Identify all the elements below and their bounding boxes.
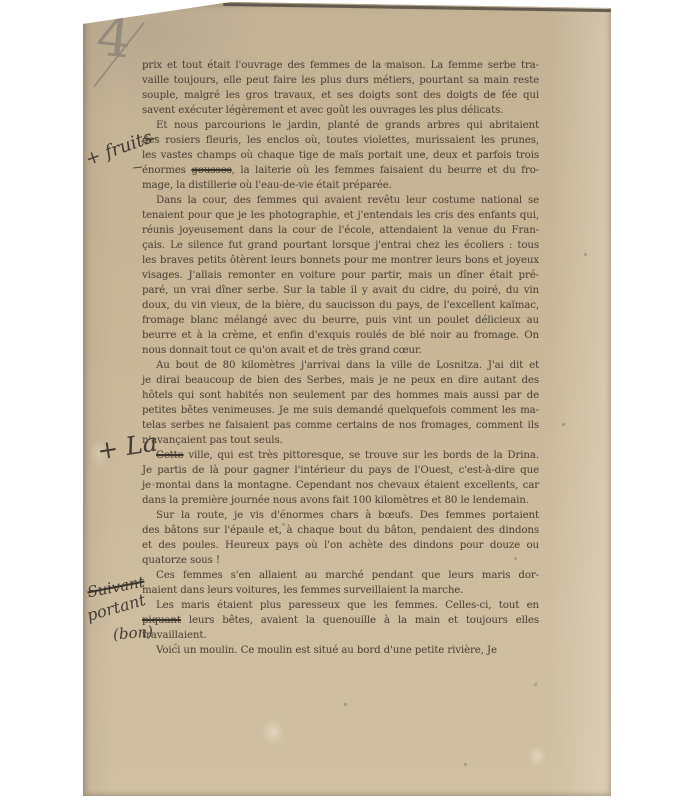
scanned-page: 4 + fruits + La Suivant portant (bon) pr… [83, 2, 611, 796]
text-line: piquant leurs bêtes, avaient la quenouil… [142, 613, 539, 628]
text-block: prix et tout était l'ouvrage des femmes … [142, 58, 539, 658]
text-line: Les maris étaient plus paresseux que les… [142, 598, 539, 613]
struck-word: piquant [142, 615, 181, 626]
text-line: des bâtons sur l'épaule et, à chaque bou… [142, 523, 539, 538]
text-line: visages. J'allais remonter en voiture po… [142, 268, 539, 283]
text-line: Je partis de là pour gagner l'intérieur … [142, 463, 539, 478]
insertion-caret-mark [133, 167, 142, 169]
text-line: et des poules. Heureux pays où l'on achè… [142, 538, 539, 553]
text-line: les vastes champs où chaque tige de maïs… [142, 148, 539, 163]
text-line: travaillaient. [142, 628, 539, 643]
text-line: doux, du vin vieux, de la bière, du sauc… [142, 298, 539, 313]
text-line: vaille toujours, elle peut faire les plu… [142, 73, 539, 88]
text-line: les braves petits ôtèrent leurs bonnets … [142, 253, 539, 268]
struck-word: gousses [191, 165, 231, 176]
text-line: je dirai beaucoup de bien des Serbes, ma… [142, 373, 539, 388]
text-line: prix et tout était l'ouvrage des femmes … [142, 58, 539, 73]
text-line: Ces femmes s'en allaient au marché penda… [142, 568, 539, 583]
text-line: quatorze sous ! [142, 553, 539, 568]
text-line: Voici un moulin. Ce moulin est situé au … [142, 643, 539, 658]
text-line: dans la première journée nous avons fait… [142, 493, 539, 508]
text-line: fromage blanc mélangé avec du beurre, pu… [142, 313, 539, 328]
text-line: beurre et à la crème, et enfin d'exquis … [142, 328, 539, 343]
text-line: Et nous parcourions le jardin, planté de… [142, 118, 539, 133]
text-line: Cette ville, qui est très pittoresque, s… [142, 448, 539, 463]
text-line: çais. Le silence fut grand pourtant lors… [142, 238, 539, 253]
text-line: nous donnait tout ce qu'on avait et de t… [142, 343, 539, 358]
text-line: maient dans leurs voitures, les femmes s… [142, 583, 539, 598]
text-line: énormes gousses, la laiterie où les femm… [142, 163, 539, 178]
text-line: mage, la distillerie où l'eau-de-vie éta… [142, 178, 539, 193]
text-line: des rosiers fleuris, les enclos où, tout… [142, 133, 539, 148]
page-top-edge-shadow [223, 3, 615, 12]
text-line: je montai dans la montagne. Cependant no… [142, 478, 539, 493]
text-line: petites bêtes venimeuses. Je me suis dem… [142, 403, 539, 418]
paper-speckles [83, 2, 84, 3]
struck-word: Cette [156, 450, 184, 461]
text-line: telas serbes ne faisaient pas comme cert… [142, 418, 539, 433]
text-line: réunis joyeusement dans la cour de l'éco… [142, 223, 539, 238]
text-line: tenaient pour que je les photographie, e… [142, 208, 539, 223]
text-line: souple, malgré les gros travaux, et ses … [142, 88, 539, 103]
text-line: paré, un vrai dîner serbe. Sur la table … [142, 283, 539, 298]
text-line: Au bout de 80 kilomètres j'arrivai dans … [142, 358, 539, 373]
text-line: hôtels qui sont habités non seulement pa… [142, 388, 539, 403]
text-line: Sur la route, je vis d'énormes chars à b… [142, 508, 539, 523]
text-line: Dans la cour, des femmes qui avaient rev… [142, 193, 539, 208]
text-line: n'avançaient pas tout seuls. [142, 433, 539, 448]
text-line: savent exécuter légèrement et avec goût … [142, 103, 539, 118]
